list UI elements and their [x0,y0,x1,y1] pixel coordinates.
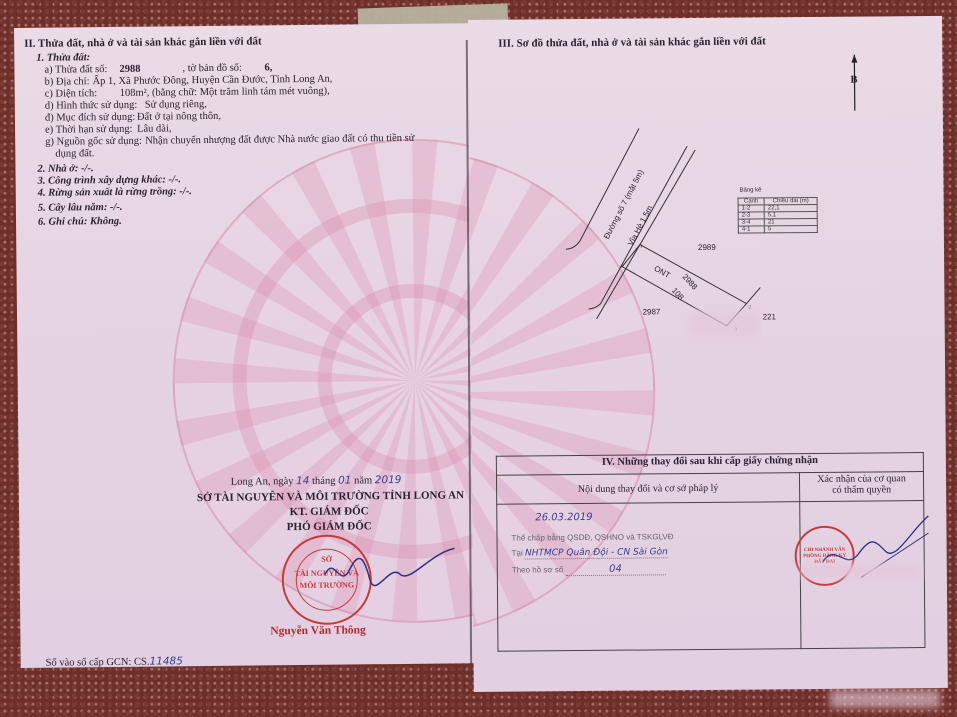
edge: 4-1 [738,226,764,233]
certificate-left-page: II. Thửa đất, nhà ở và tài sản khác gắn … [14,23,479,668]
usage-form-label: d) Hình thức sử dụng: [45,100,138,113]
dimension-table-header: Cạnh Chiều dài (m) [738,197,817,205]
vertex-1: 1 [640,244,643,250]
redacted-corner [830,690,940,708]
table-row: 4-15 [738,225,817,233]
sign-date-prefix: Long An, ngày [231,476,294,488]
sign-month-label: tháng [312,476,335,487]
dimension-table-title: Bảng kê [739,187,761,194]
dimension-table: Cạnh Chiều dài (m) 1-222,1 2-35,1 3-421 … [738,197,818,234]
vertex-4: 4 [620,265,623,271]
redacted-watermark [690,310,760,338]
section-ii-title: II. Thửa đất, nhà ở và tài sản khác gắn … [24,35,262,50]
usage-form-value: Sử dụng riêng, [145,99,207,111]
sign-date: Long An, ngày 14 tháng 01 năm 2019 [231,475,402,488]
item1-heading: 1. Thửa đất: [36,52,90,64]
sign-year: 2019 [375,474,402,486]
origin-line2: dụng đất. [55,148,94,160]
change-entry-text: Thế chấp bằng QSDĐ, QSHNO và TSKGLVĐ [511,531,785,542]
map-sheet-label: , tờ bản đồ số: [182,63,242,75]
parcel-number-label: a) Thửa đất số: [44,64,107,76]
deputy-director-title: PHÓ GIÁM ĐỐC [259,520,399,534]
neighbor-parcel-east: 221 [763,313,776,322]
change-entry-file: Theo hồ sơ số 04 [512,562,786,576]
usage-term-label: e) Thời hạn sử dụng: [45,124,133,136]
at-label: Tại [512,549,523,558]
section-iii-title: III. Sơ đồ thửa đất, nhà ở và tài sản kh… [498,35,766,49]
register-prefix: CS. [134,657,150,668]
address-label: b) Địa chỉ: [45,76,90,88]
parcel-number: 2988 [119,64,140,76]
register-number: Số vào sổ cấp GCN: CS.11485 [46,656,183,668]
changes-col1-header: Nội dung thay đổi và cơ sở pháp lý [496,473,799,505]
item5-perennial-trees: 5. Cây lâu năm: -/-. [38,202,123,214]
register-value: 11485 [149,655,183,667]
item3-other-construction: 3. Công trình xây dựng khác: -/-. [38,174,182,187]
sign-month: 01 [338,474,351,486]
change-entry: 26.03.2019 Thế chấp bằng QSDĐ, QSHNO và … [497,502,801,652]
signer-name: Nguyễn Văn Thông [270,624,366,638]
area-value: 108m², (bằng chữ: Một trăm linh tám mét … [120,86,330,100]
changes-table: IV. Những thay đổi sau khi cấp giấy chứn… [496,452,926,652]
file-label: Theo hồ sơ số [512,565,564,574]
kt-director-title: KT. GIÁM ĐỐC [259,505,399,519]
neighbor-parcel-south: 2987 [643,308,661,317]
map-sheet-number: 6, [264,62,272,74]
usage-purpose-value: Đất ở tại nông thôn, [137,111,221,123]
sign-day: 14 [296,475,309,487]
change-entry-at: Tại NHTMCP Quân Đội - CN Sài Gòn [512,546,786,558]
file-value: 04 [609,564,622,575]
certificate-right-page: III. Sơ đồ thửa đất, nhà ở và tài sản kh… [468,16,948,692]
changes-col2-header: Xác nhận của cơ quan có thẩm quyền [799,472,923,502]
change-entry-date: 26.03.2019 [535,510,785,523]
north-label: B [850,75,857,87]
item4-forest: 4. Rừng sản xuất là rừng trồng: -/-. [38,186,192,199]
item2-house: 2. Nhà ở: -/-. [37,163,93,175]
director-signature [319,543,460,594]
neighbor-parcel-north: 2989 [698,244,716,253]
usage-purpose-label: đ) Mục đích sử dụng: [45,112,135,124]
item6-note: 6. Ghi chú: Không. [38,216,122,228]
sign-year-label: năm [354,475,372,486]
col2-header-line2: có thẩm quyền [801,484,922,496]
change-confirmation-cell: CHI NHÁNH VĂN PHÒNG ĐĂNG KÝ ĐẤT ĐAI [800,501,925,649]
at-value: NHTMCP Quân Đội - CN Sài Gòn [525,547,668,559]
area-label: c) Diện tích: [45,88,98,100]
usage-term-value: Lâu dài, [137,123,172,135]
length: 5 [764,225,817,232]
col2-header-line1: Xác nhận của cơ quan [801,473,922,485]
origin-label: g) Nguồn gốc sử dụng: [45,136,142,149]
redacted-area [801,563,921,578]
register-label: Số vào sổ cấp GCN: [46,657,132,668]
